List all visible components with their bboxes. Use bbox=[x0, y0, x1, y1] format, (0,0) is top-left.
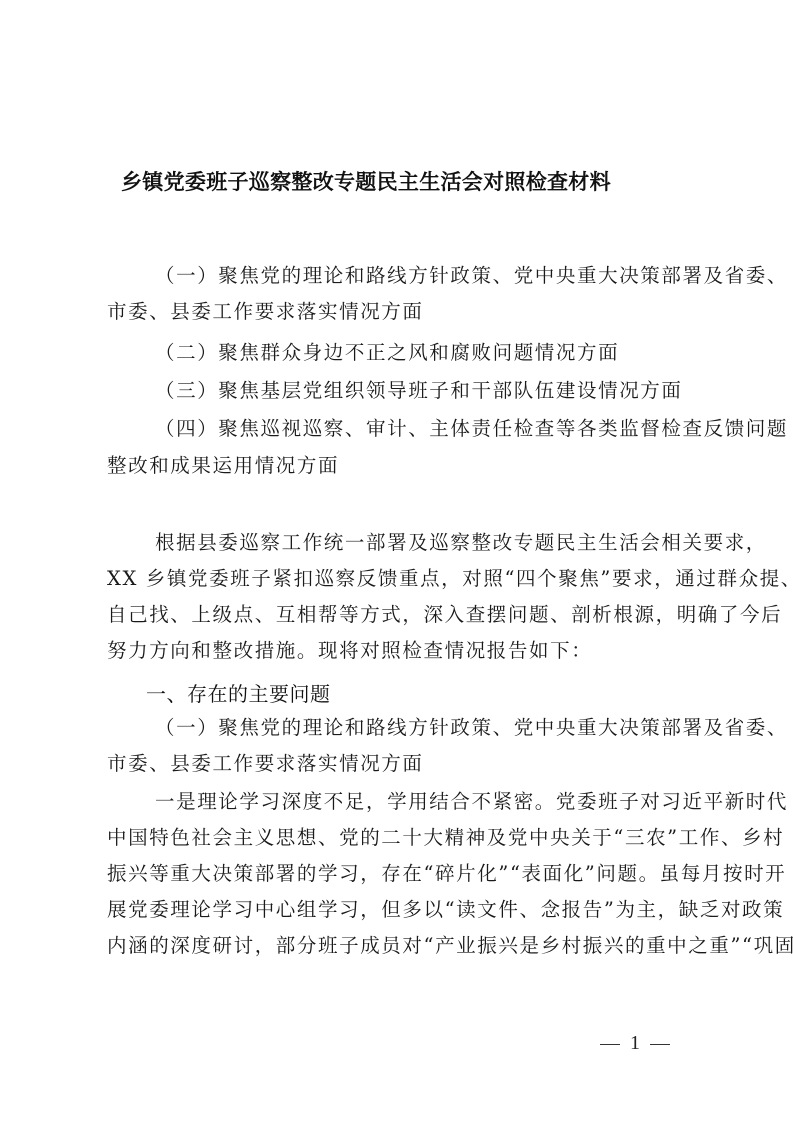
intro-line-2: XX 乡镇党委班子紧扣巡察反馈重点，对照“四个聚焦”要求，通过群众提、 bbox=[107, 567, 793, 591]
outline-item-4-line-1: （四）聚焦巡视巡察、审计、主体责任检查等各类监督检查反馈问题 bbox=[155, 417, 788, 441]
intro-line-4: 努力方向和整改措施。现将对照检查情况报告如下： bbox=[107, 639, 592, 663]
paragraph-line-3: 振兴等重大决策部署的学习，存在“碎片化”“表面化”问题。虽每月按时开 bbox=[107, 862, 786, 886]
outline-item-1-line-1: （一）聚焦党的理论和路线方针政策、党中央重大决策部署及省委、 bbox=[155, 264, 788, 288]
outline-item-3: （三）聚焦基层党组织领导班子和干部队伍建设情况方面 bbox=[155, 379, 683, 403]
document-title: 乡镇党委班子巡察整改专题民主生活会对照检查材料 bbox=[121, 166, 611, 196]
paragraph-line-2: 中国特色社会主义思想、党的二十大精神及党中央关于“三农”工作、乡村 bbox=[107, 826, 784, 850]
document-page: 乡镇党委班子巡察整改专题民主生活会对照检查材料 （一）聚焦党的理论和路线方针政策… bbox=[0, 0, 793, 1122]
dash-right bbox=[650, 1044, 670, 1046]
paragraph-line-5: 内涵的深度研讨，部分班子成员对“产业振兴是乡村振兴的重中之重”“巩固 bbox=[107, 934, 793, 958]
outline-item-4-line-2: 整改和成果运用情况方面 bbox=[107, 454, 339, 478]
paragraph-line-4: 展党委理论学习中心组学习，但多以“读文件、念报告”为主，缺乏对政策 bbox=[107, 898, 784, 922]
subheading-line-1: （一）聚焦党的理论和路线方针政策、党中央重大决策部署及省委、 bbox=[155, 716, 788, 740]
outline-item-2: （二）聚焦群众身边不正之风和腐败问题情况方面 bbox=[155, 341, 619, 365]
dash-left bbox=[600, 1044, 620, 1046]
intro-line-3: 自己找、上级点、互相帮等方式，深入查摆问题、剖析根源，明确了今后 bbox=[107, 603, 782, 627]
outline-item-1-line-2: 市委、县委工作要求落实情况方面 bbox=[107, 300, 424, 324]
page-footer: 1 bbox=[600, 1032, 670, 1055]
paragraph-line-1: 一是理论学习深度不足，学用结合不紧密。党委班子对习近平新时代 bbox=[155, 790, 788, 814]
intro-line-1: 根据县委巡察工作统一部署及巡察整改专题民主生活会相关要求， bbox=[155, 531, 767, 555]
section-heading: 一、存在的主要问题 bbox=[146, 678, 331, 707]
subheading-line-2: 市委、县委工作要求落实情况方面 bbox=[107, 752, 424, 776]
page-number: 1 bbox=[630, 1032, 640, 1055]
